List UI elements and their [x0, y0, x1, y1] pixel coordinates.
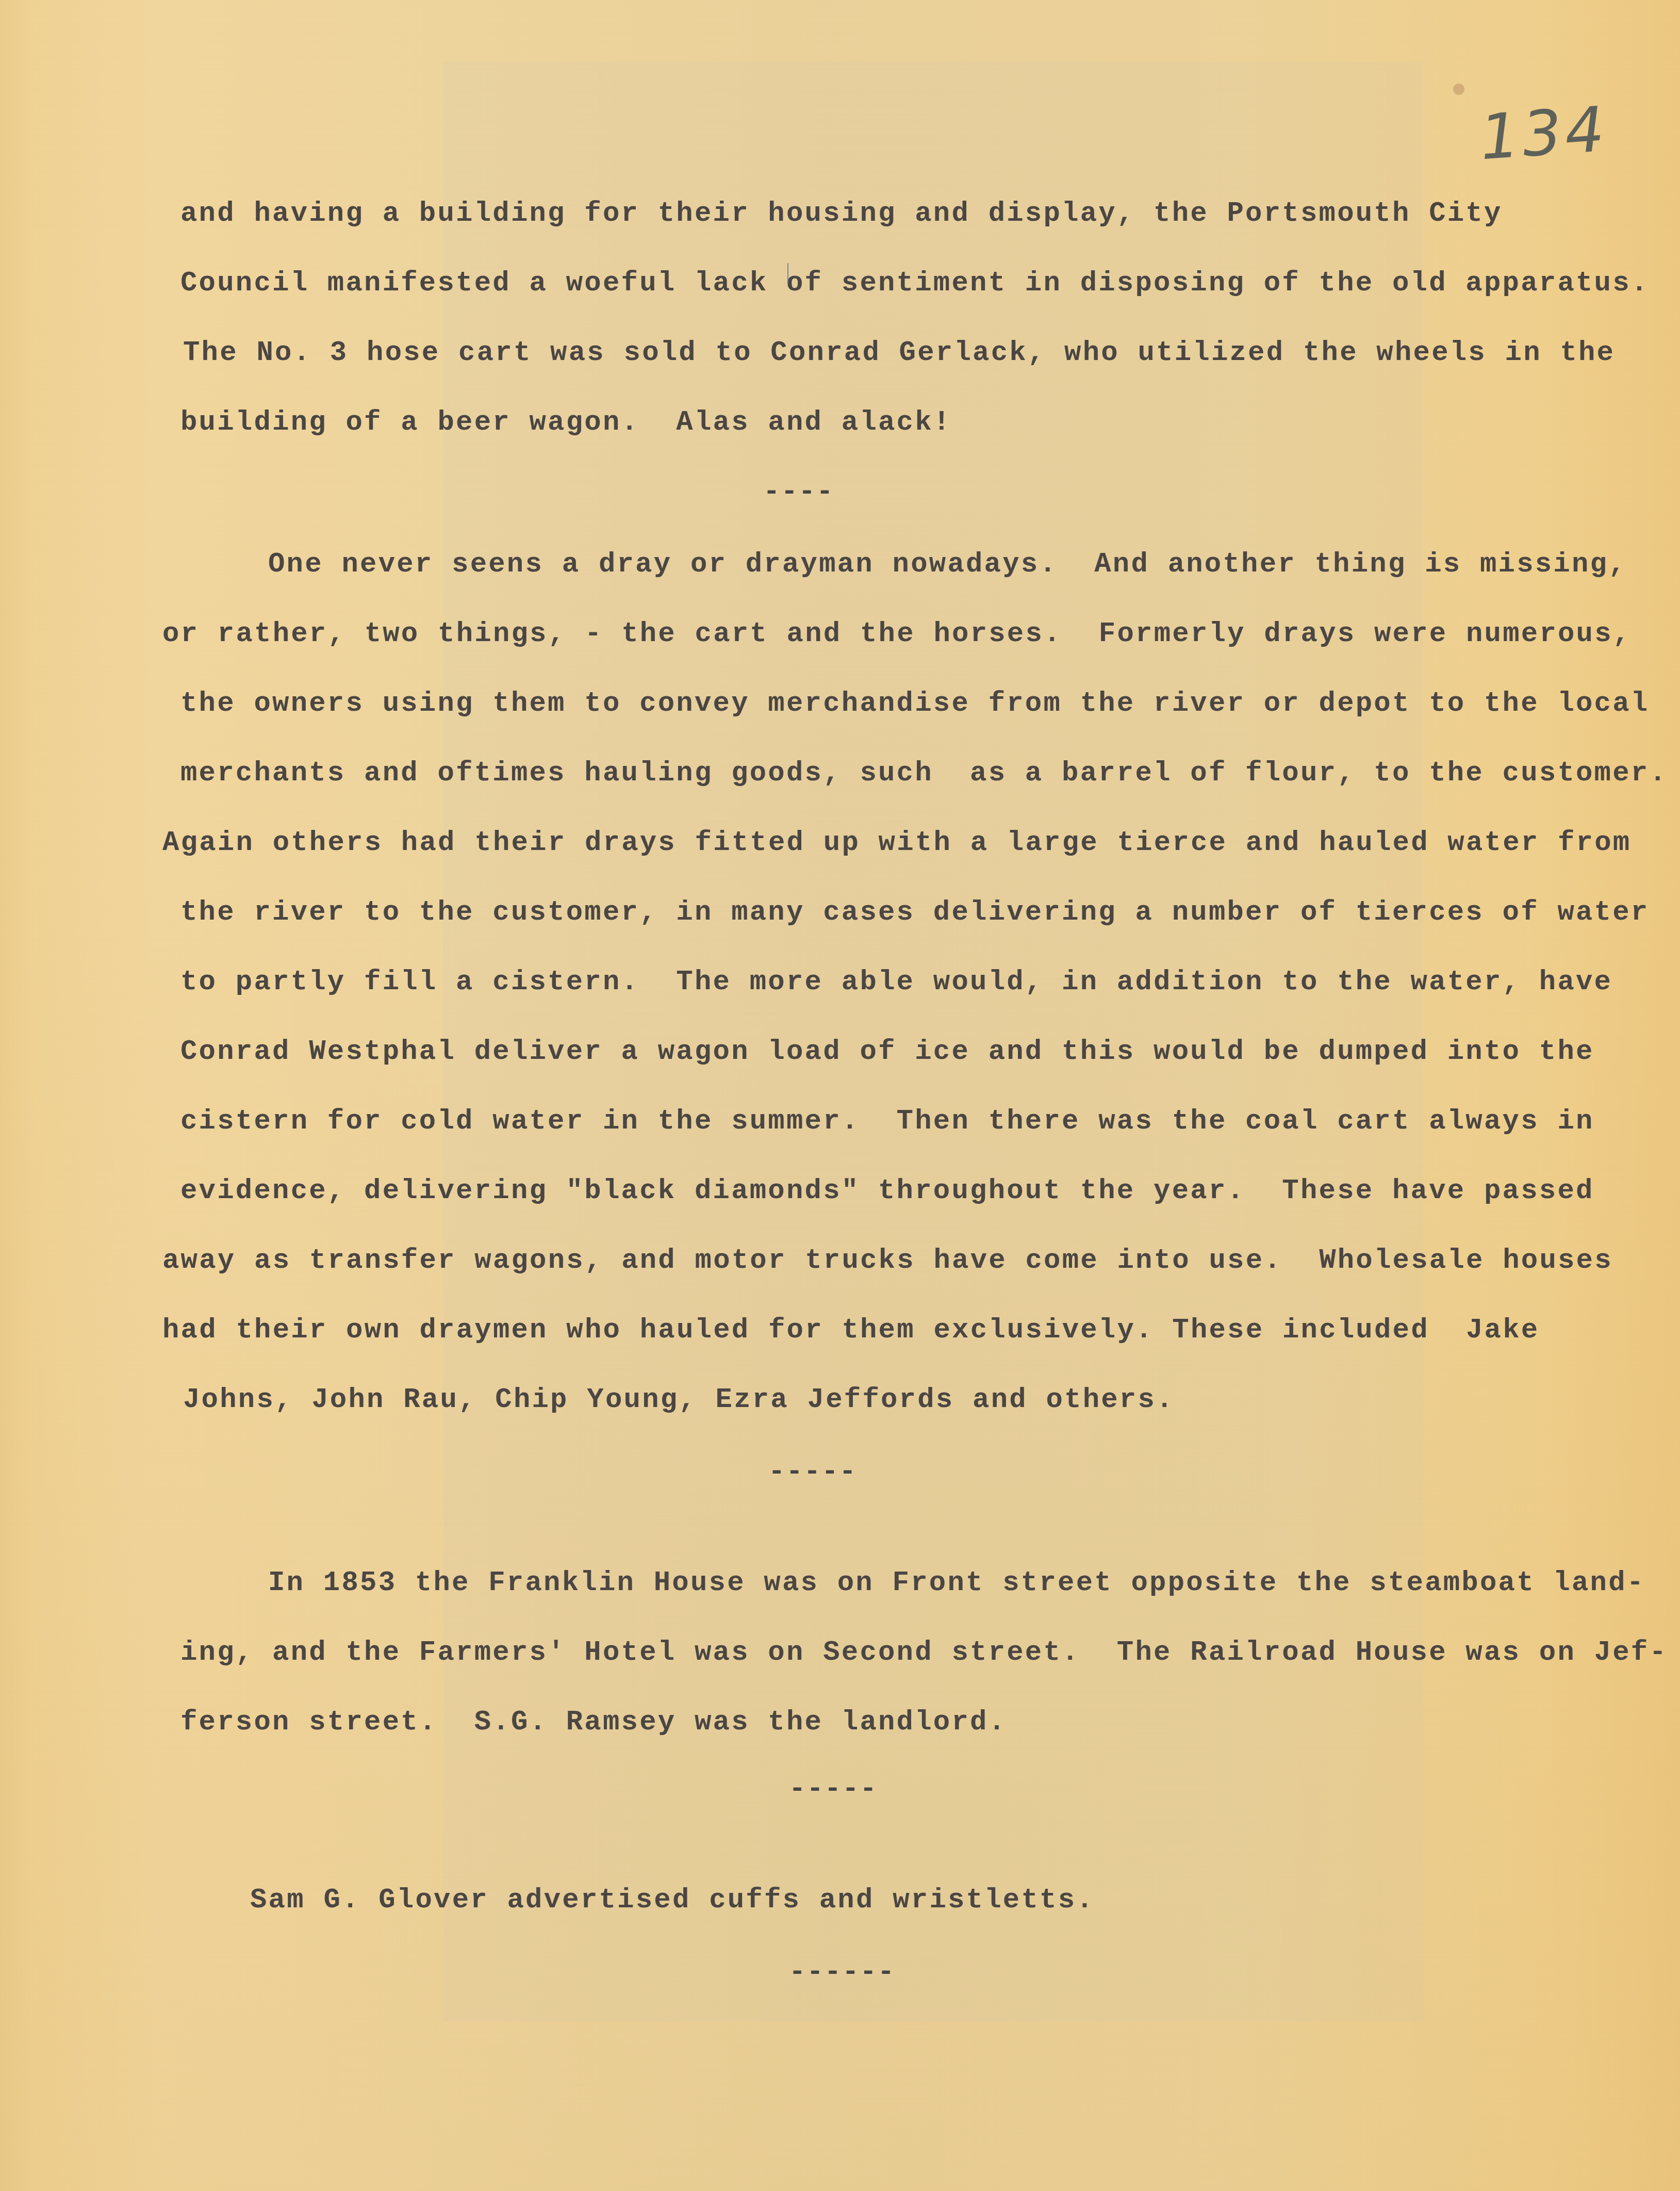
text-line: the owners using them to convey merchand…: [180, 689, 1649, 720]
text-line: cistern for cold water in the summer. Th…: [180, 1106, 1594, 1137]
text-line: Again others had their drays fitted up w…: [162, 828, 1631, 859]
text-line: In 1853 the Franklin House was on Front …: [268, 1568, 1645, 1599]
text-line: Johns, John Rau, Chip Young, Ezra Jeffor…: [183, 1385, 1175, 1416]
text-line: ing, and the Farmers' Hotel was on Secon…: [180, 1638, 1668, 1669]
text-line: One never seens a dray or drayman nowada…: [268, 549, 1627, 580]
section-separator: ------: [789, 1957, 895, 1988]
pen-mark: [787, 263, 788, 284]
text-line: building of a beer wagon. Alas and alack…: [180, 407, 951, 438]
text-line: merchants and oftimes hauling goods, suc…: [180, 758, 1668, 789]
text-line: Sam G. Glover advertised cuffs and wrist…: [250, 1885, 1095, 1916]
text-line: and having a building for their housing …: [180, 199, 1503, 230]
paper-stain: [1453, 84, 1464, 95]
text-line: Conrad Westphal deliver a wagon load of …: [180, 1037, 1594, 1068]
text-line: evidence, delivering "black diamonds" th…: [180, 1176, 1594, 1207]
text-line: or rather, two things, - the cart and th…: [162, 619, 1631, 650]
text-line: The No. 3 hose cart was sold to Conrad G…: [183, 338, 1615, 369]
section-separator: ----: [763, 477, 834, 508]
section-separator: -----: [768, 1457, 857, 1488]
text-line: away as transfer wagons, and motor truck…: [162, 1246, 1613, 1277]
text-line: ferson street. S.G. Ramsey was the landl…: [180, 1707, 1007, 1738]
handwritten-page-number: 134: [1477, 94, 1609, 174]
section-separator: -----: [789, 1774, 878, 1805]
text-line: the river to the customer, in many cases…: [180, 897, 1649, 928]
text-line: had their own draymen who hauled for the…: [162, 1315, 1539, 1346]
text-line: Council manifested a woeful lack of sent…: [180, 268, 1649, 299]
text-line: to partly fill a cistern. The more able …: [180, 967, 1612, 998]
